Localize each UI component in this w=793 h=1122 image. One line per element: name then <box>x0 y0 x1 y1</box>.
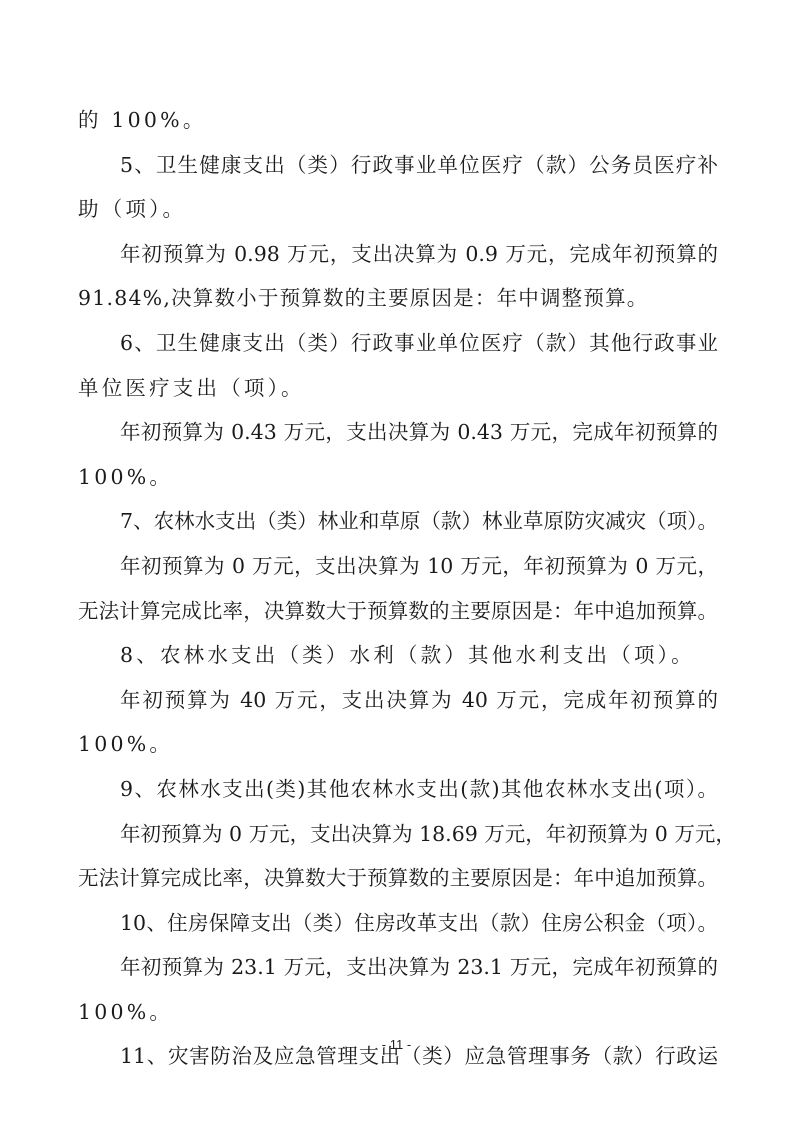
item-5-heading-line-2: 助（项）。 <box>78 187 718 232</box>
item-9-body-line-2: 无法计算完成比率，决算数大于预算数的主要原因是：年中追加预算。 <box>78 856 718 901</box>
item-6-body-line-1: 年初预算为 0.43 万元，支出决算为 0.43 万元，完成年初预算的 <box>78 410 718 455</box>
item-7-heading: 7、农林水支出（类）林业和草原（款）林业草原防灾减灾（项）。 <box>78 499 718 544</box>
item-5-body-line-2: 91.84%,决算数小于预算数的主要原因是：年中调整预算。 <box>78 276 718 321</box>
item-9-body-line-1: 年初预算为 0 万元，支出决算为 18.69 万元，年初预算为 0 万元， <box>78 812 718 857</box>
item-6-heading-line-2: 单位医疗支出（项）。 <box>78 366 718 411</box>
item-8-body-line-1: 年初预算为 40 万元，支出决算为 40 万元，完成年初预算的 <box>78 678 718 723</box>
item-10-body-line-2: 100%。 <box>78 990 718 1035</box>
item-8-heading: 8、农林水支出（类）水利（款）其他水利支出（项）。 <box>78 633 718 678</box>
item-8-body-line-2: 100%。 <box>78 722 718 767</box>
document-body: 的 100%。 5、卫生健康支出（类）行政事业单位医疗（款）公务员医疗补 助（项… <box>78 98 718 1079</box>
item-5-body-line-1: 年初预算为 0.98 万元，支出决算为 0.9 万元，完成年初预算的 <box>78 232 718 277</box>
page-number: - 11 - <box>0 1037 793 1052</box>
item-10-body-line-1: 年初预算为 23.1 万元，支出决算为 23.1 万元，完成年初预算的 <box>78 945 718 990</box>
item-9-heading: 9、农林水支出(类)其他农林水支出(款)其他农林水支出(项）。 <box>78 767 718 812</box>
item-6-heading-line-1: 6、卫生健康支出（类）行政事业单位医疗（款）其他行政事业 <box>78 321 718 366</box>
item-5-heading-line-1: 5、卫生健康支出（类）行政事业单位医疗（款）公务员医疗补 <box>78 143 718 188</box>
item-10-heading: 10、住房保障支出（类）住房改革支出（款）住房公积金（项）。 <box>78 901 718 946</box>
item-7-body-line-1: 年初预算为 0 万元，支出决算为 10 万元，年初预算为 0 万元， <box>78 544 718 589</box>
item-7-body-line-2: 无法计算完成比率，决算数大于预算数的主要原因是：年中追加预算。 <box>78 589 718 634</box>
item-6-body-line-2: 100%。 <box>78 455 718 500</box>
text-line-continuation: 的 100%。 <box>78 98 718 143</box>
